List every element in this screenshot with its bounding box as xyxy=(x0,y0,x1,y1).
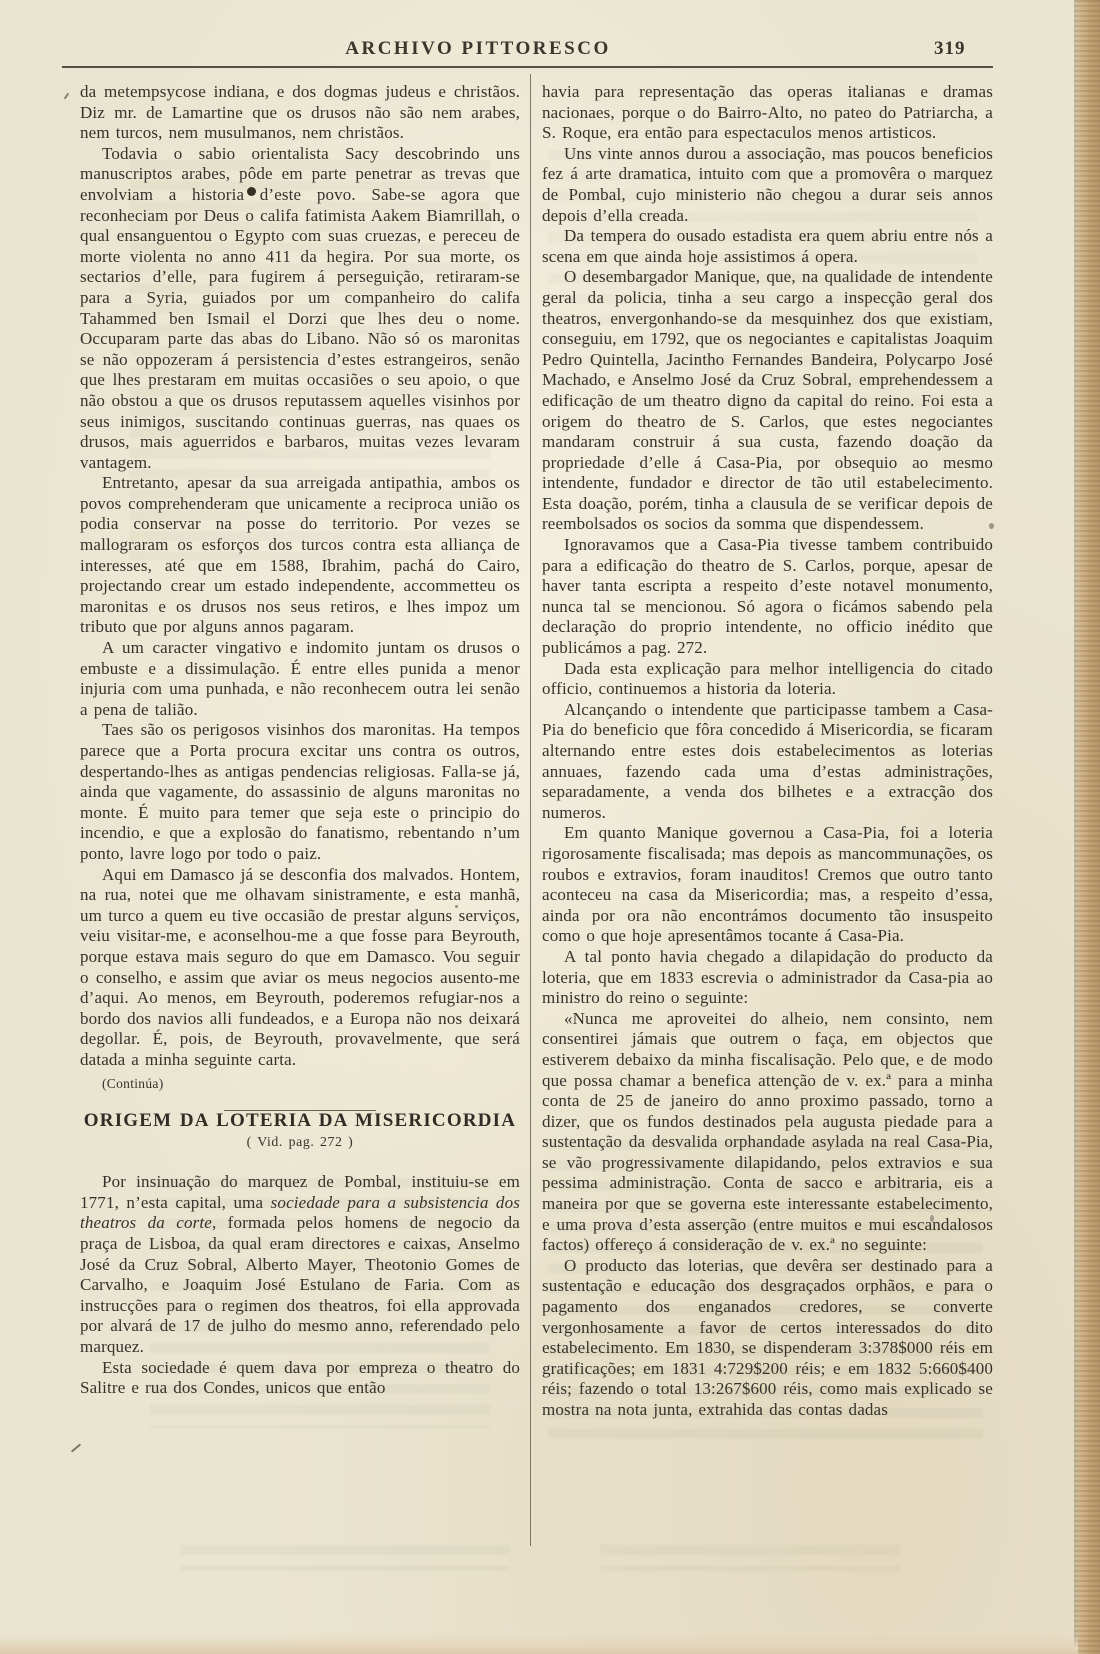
paragraph-text: , formada pelos homens de negocio da pra… xyxy=(80,1213,520,1356)
column-divider-rule xyxy=(530,74,531,1546)
paragraph: Uns vinte annos durou a associação, mas … xyxy=(542,144,993,226)
ink-speck xyxy=(71,1443,81,1452)
article-page-reference: ( Vid. pag. 272 ) xyxy=(80,1132,520,1153)
paragraph: Aqui em Damasco já se desconfia dos malv… xyxy=(80,865,520,1071)
right-text-column: havia para representação das operas ital… xyxy=(542,82,993,1421)
paragraph: O producto das loterias, que devêra ser … xyxy=(542,1256,993,1421)
paragraph: havia para representação das operas ital… xyxy=(542,82,993,144)
paragraph: Todavia o sabio orientalista Sacy descob… xyxy=(80,144,520,474)
ink-blot xyxy=(247,187,256,196)
ink-speck xyxy=(455,905,458,908)
ink-speck xyxy=(64,93,70,100)
paragraph: Da tempera do ousado estadista era quem … xyxy=(542,226,993,267)
paragraph: da metempsycose indiana, e dos dogmas ju… xyxy=(80,82,520,144)
paragraph: Entretanto, apesar da sua arreigada anti… xyxy=(80,473,520,638)
paragraph: Dada esta explicação para melhor intelli… xyxy=(542,659,993,700)
paragraph: Ignoravamos que a Casa-Pia tivesse tambe… xyxy=(542,535,993,659)
article-title: ORIGEM DA LOTERIA DA MISERICORDIA xyxy=(80,1111,520,1132)
paragraph: Esta sociedade é quem dava por empreza o… xyxy=(80,1358,520,1399)
paragraph: Por insinuação do marquez de Pombal, ins… xyxy=(80,1172,520,1357)
bleed-through-texture xyxy=(180,1545,510,1571)
continuation-note: (Continúa) xyxy=(80,1074,520,1095)
book-fore-edge xyxy=(1074,0,1100,1654)
paragraph: Alcançando o intendente que participasse… xyxy=(542,700,993,824)
ink-speck xyxy=(989,523,994,529)
bleed-through-texture xyxy=(600,1545,900,1571)
ink-speck xyxy=(930,1215,934,1222)
page-bottom-edge xyxy=(0,1634,1078,1654)
paragraph: Em quanto Manique governou a Casa-Pia, f… xyxy=(542,823,993,947)
paragraph: A um caracter vingativo e indomito junta… xyxy=(80,638,520,720)
publication-title: ARCHIVO PITTORESCO xyxy=(345,38,610,60)
header-rule xyxy=(62,66,993,68)
left-text-column: da metempsycose indiana, e dos dogmas ju… xyxy=(80,82,520,1399)
paragraph: Taes são os perigosos visinhos dos maron… xyxy=(80,720,520,864)
paragraph: «Nunca me aproveitei do alheio, nem cons… xyxy=(542,1009,993,1256)
scanned-periodical-page: ARCHIVO PITTORESCO 319 da metempsycose i… xyxy=(0,0,1100,1654)
paragraph: A tal ponto havia chegado a dilapidação … xyxy=(542,947,993,1009)
page-number: 319 xyxy=(934,38,966,60)
paragraph: O desembargador Manique, que, na qualida… xyxy=(542,267,993,535)
